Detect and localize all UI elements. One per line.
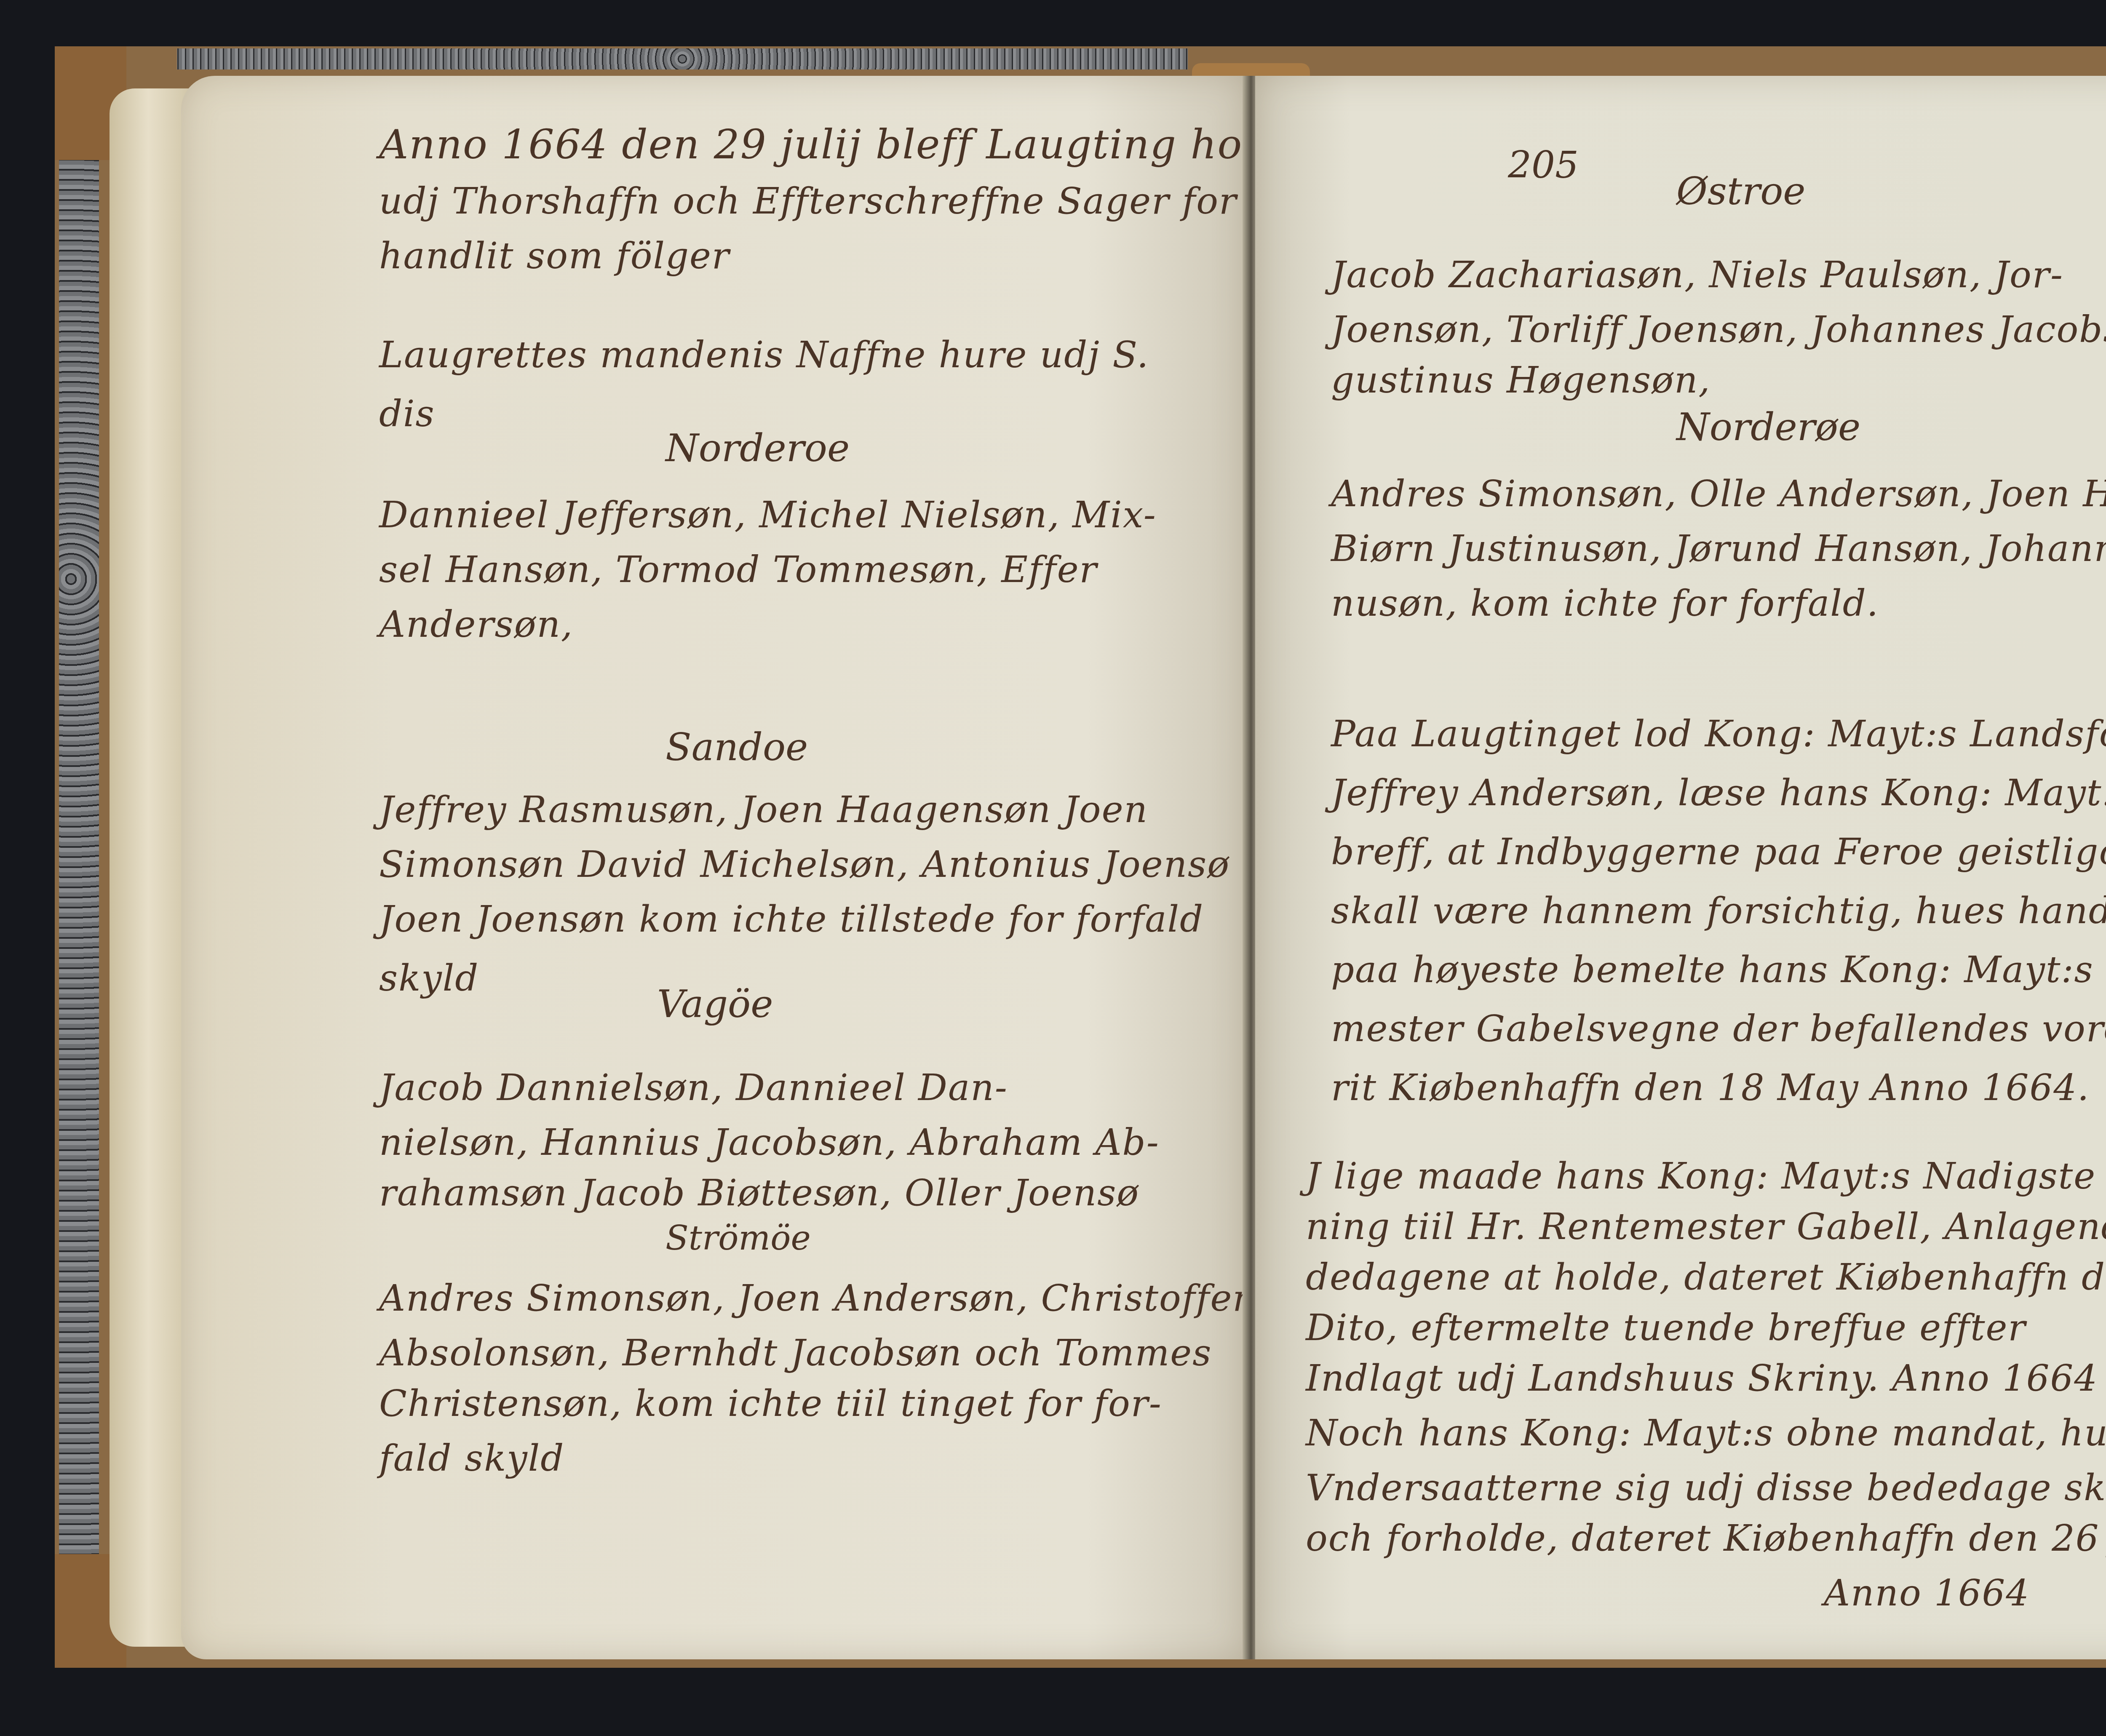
text-line: Jeffrey Andersøn, læse hans Kong: Mayt:s… xyxy=(1331,775,2106,811)
text-line: rahamsøn Jacob Biøttesøn, Oller Joensø xyxy=(379,1175,1139,1211)
folio-number: 205 xyxy=(1508,143,1579,187)
text-line: paa høyeste bemelte hans Kong: Mayt:s oc… xyxy=(1331,952,2106,988)
text-line: sel Hansøn, Tormod Tommesøn, Effer xyxy=(379,552,1098,588)
text-line: Andersøn, xyxy=(379,606,573,643)
text-line: Dito, eftermelte tuende breffue effter xyxy=(1306,1310,2026,1346)
text-line: Indlagt udj Landshuus Skriny. Anno 1664 xyxy=(1306,1360,2098,1397)
text-line: handlit som fölger xyxy=(379,238,730,274)
text-line: J lige maade hans Kong: Mayt:s Nadigste … xyxy=(1306,1158,2106,1194)
text-line: skall være hannem forsichtig, hues hand … xyxy=(1331,893,2106,929)
text-line: Jeffrey Rasmusøn, Joen Haagensøn Joen xyxy=(379,792,1148,828)
text-line: Anno 1664 den 29 julij bleff Laugting ho… xyxy=(379,124,1273,165)
text-line: fald skyld xyxy=(379,1440,564,1477)
left-page: Anno 1664 den 29 julij bleff Laugting ho… xyxy=(181,76,1247,1659)
text-line: mester Gabelsvegne der befallendes vorde… xyxy=(1331,1011,2106,1047)
text-line: ning tiil Hr. Rentemester Gabell, Anlage… xyxy=(1306,1209,2106,1245)
text-line: Joen Joensøn kom ichte tillstede for for… xyxy=(379,901,1204,937)
text-line: nusøn, kom ichte for forfald. xyxy=(1331,585,1879,622)
text-line: dedagene at holde, dateret Kiøbenhaffn d… xyxy=(1306,1259,2106,1295)
open-book: Anno 1664 den 29 julij bleff Laugting ho… xyxy=(55,46,2106,1668)
text-line: Vndersaatterne sig udj disse bededage sk… xyxy=(1306,1470,2106,1506)
section-heading: Vagöe xyxy=(657,986,773,1023)
text-line: Anno 1664 xyxy=(1824,1575,2030,1611)
text-line: udj Thorshaffn och Effterschreffne Sager… xyxy=(379,183,1237,219)
text-line: Christensøn, kom ichte tiil tinget for f… xyxy=(379,1386,1162,1422)
text-line: skyld xyxy=(379,960,479,996)
marbled-board-top xyxy=(177,48,1188,69)
text-line: dis xyxy=(379,396,435,432)
text-line: nielsøn, Hannius Jacobsøn, Abraham Ab- xyxy=(379,1124,1160,1161)
section-heading: Strömöe xyxy=(665,1221,811,1255)
section-heading: Østroe xyxy=(1676,173,1806,211)
text-line: Biørn Justinusøn, Jørund Hansøn, Johanne… xyxy=(1331,531,2106,567)
text-line: Andres Simonsøn, Olle Andersøn, Joen Hei… xyxy=(1331,476,2106,512)
marbled-board-left xyxy=(59,156,99,1567)
text-line: breff, at Indbyggerne paa Feroe geistlig… xyxy=(1331,834,2106,870)
section-heading: Norderøe xyxy=(1676,409,1860,446)
text-line: Jacob Zachariasøn, Niels Paulsøn, Jor- xyxy=(1331,257,2063,293)
text-line: Joensøn, Torliff Joensøn, Johannes Jacob… xyxy=(1331,312,2106,348)
text-line: Paa Laugtinget lod Kong: Mayt:s Landsfou… xyxy=(1331,716,2106,752)
section-heading: Norderoe xyxy=(665,430,850,467)
text-line: Simonsøn David Michelsøn, Antonius Joens… xyxy=(379,847,1230,883)
section-heading: Sandoe xyxy=(665,729,808,767)
text-line: Absolonsøn, Bernhdt Jacobsøn och Tommes xyxy=(379,1335,1212,1371)
text-line: Jacob Dannielsøn, Dannieel Dan- xyxy=(379,1070,1008,1106)
text-line: Noch hans Kong: Mayt:s obne mandat, huor… xyxy=(1306,1415,2106,1451)
text-line: Andres Simonsøn, Joen Andersøn, Christof… xyxy=(379,1280,1251,1317)
text-line: och forholde, dateret Kiøbenhaffn den 26… xyxy=(1306,1520,2106,1557)
text-line: rit Kiøbenhaffn den 18 May Anno 1664. xyxy=(1331,1070,2090,1106)
text-line: Dannieel Jeffersøn, Michel Nielsøn, Mix- xyxy=(379,497,1157,533)
text-line: Laugrettes mandenis Naffne hure udj S. xyxy=(379,337,1149,373)
text-line: gustinus Høgensøn, xyxy=(1331,362,1711,398)
right-page: 205 Østroe Jacob Zachariasøn, Niels Paul… xyxy=(1255,76,2106,1659)
